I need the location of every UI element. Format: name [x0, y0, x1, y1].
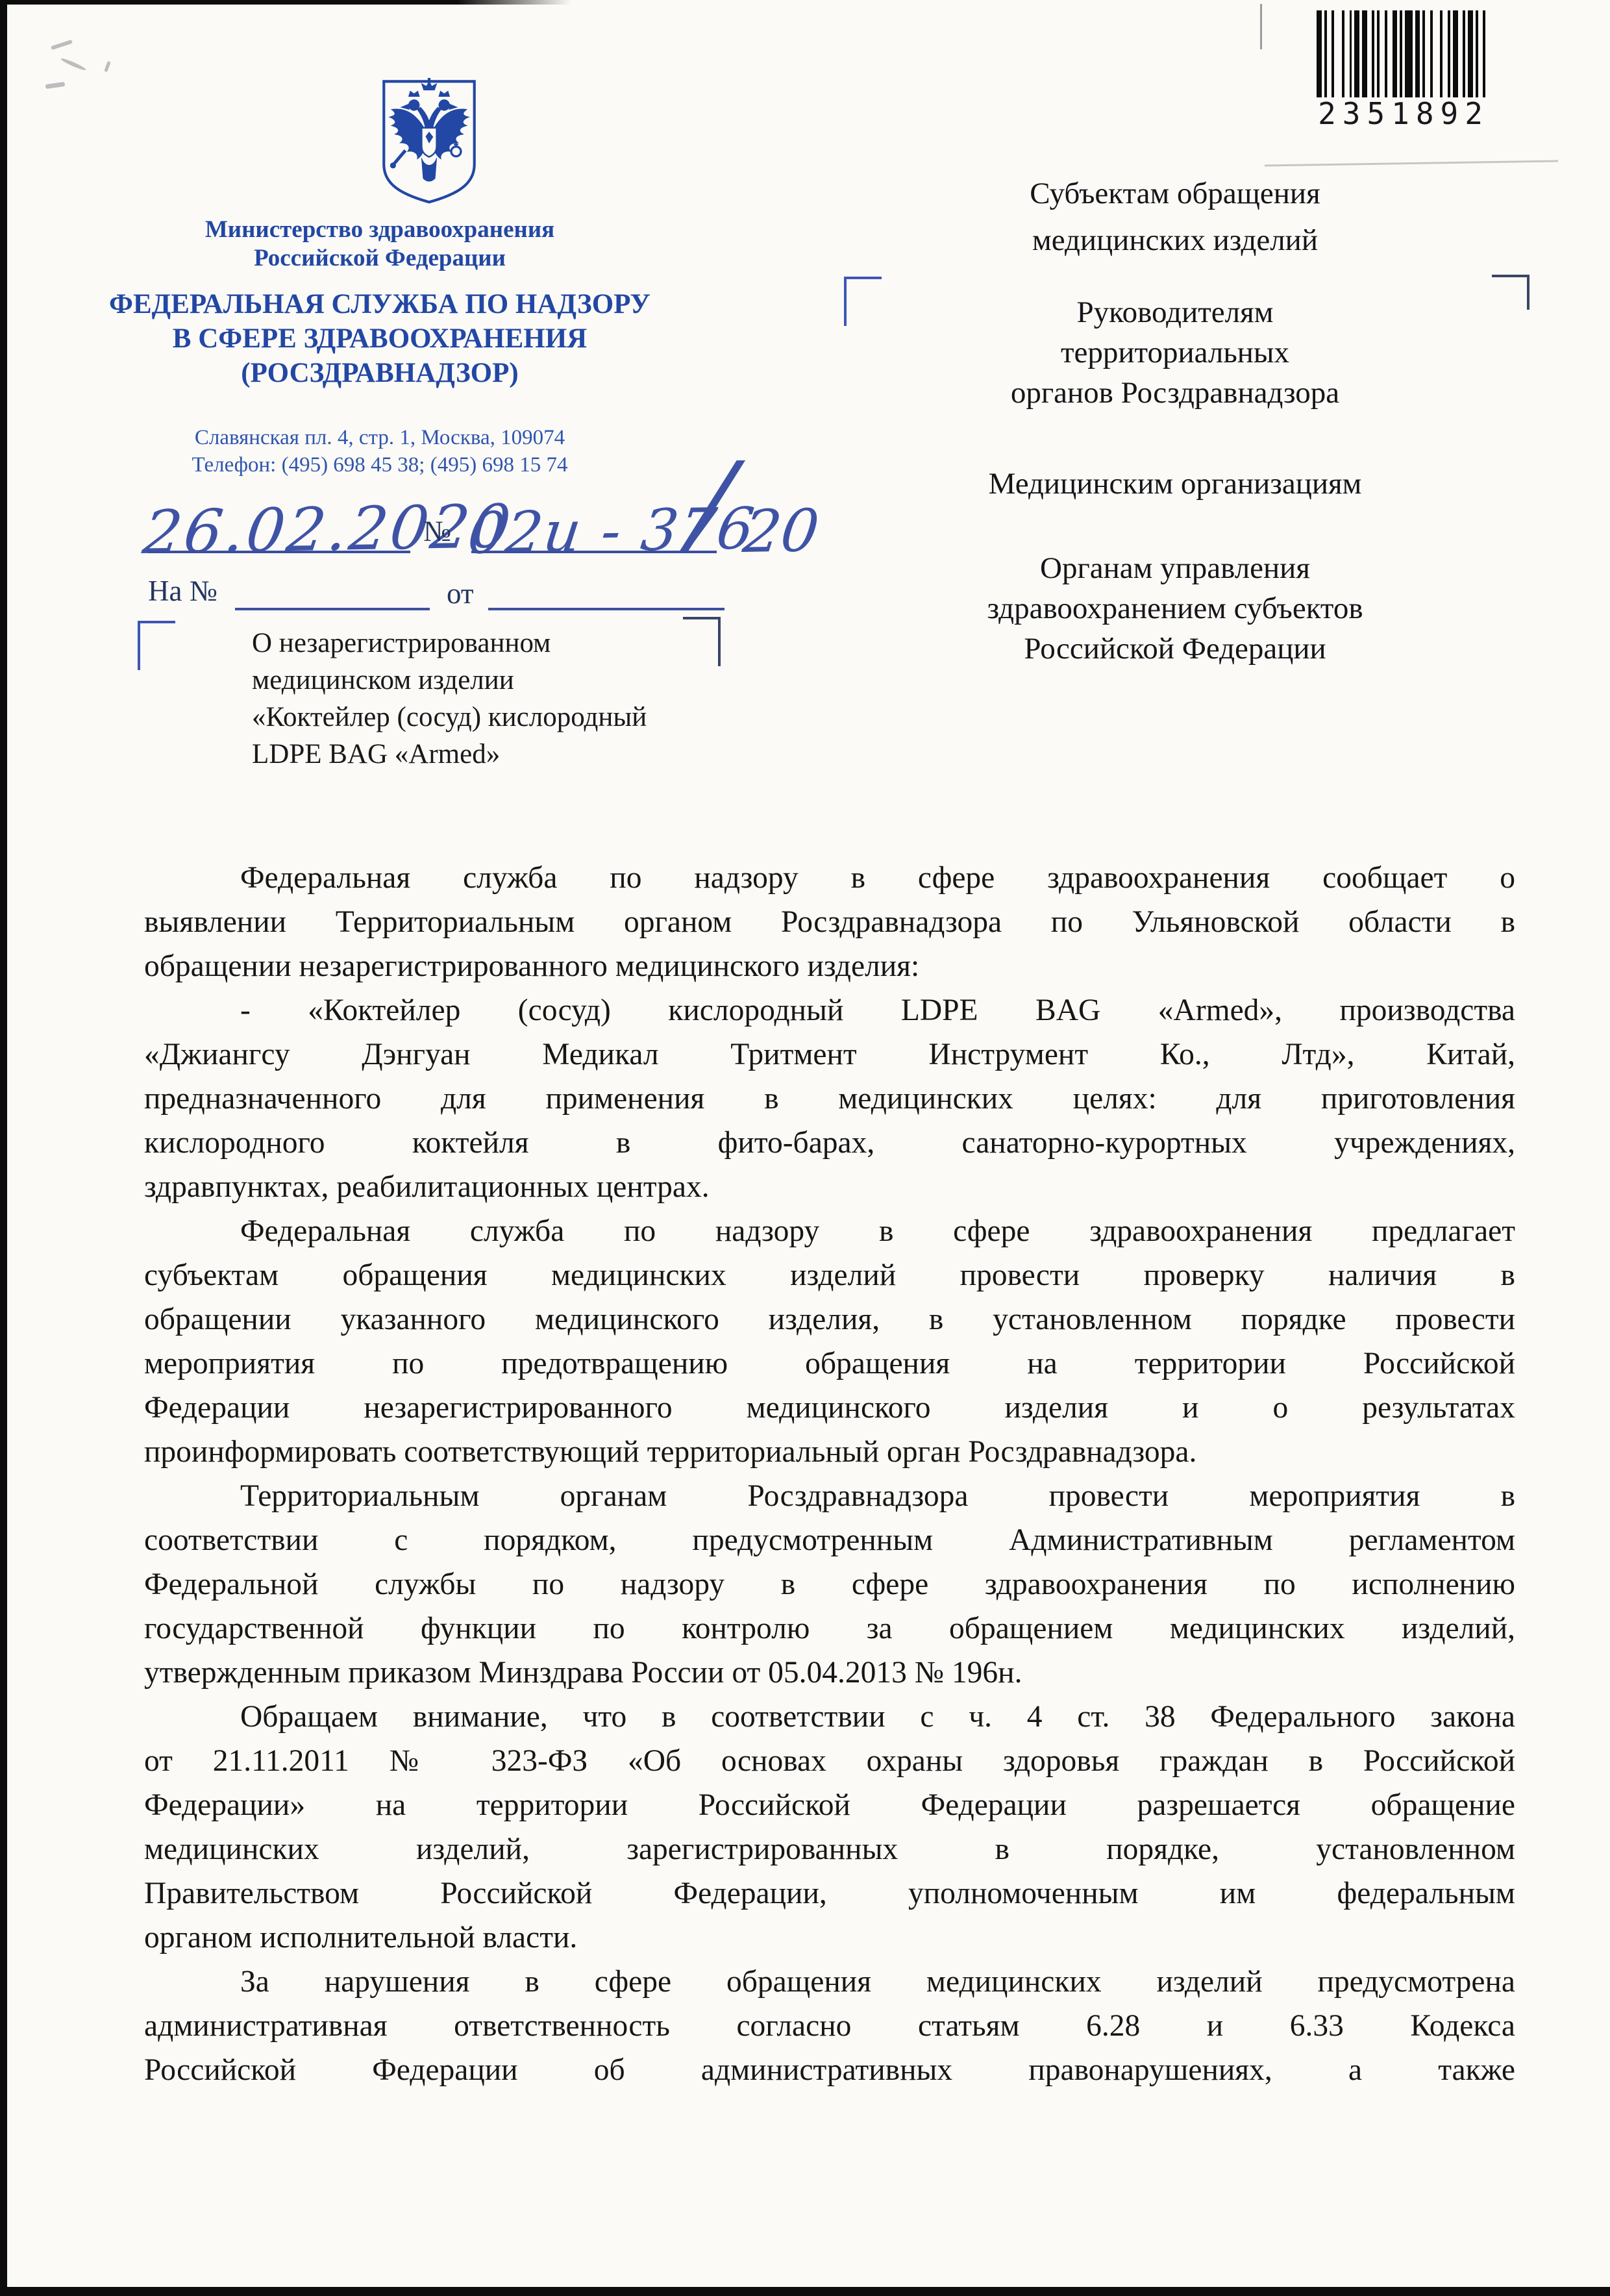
- subject-frame-bracket-left: [138, 621, 175, 670]
- scan-edge-top: [0, 0, 571, 5]
- barcode-bar: [1317, 10, 1322, 97]
- body-line: предназначенного для применения в медици…: [144, 1077, 1515, 1121]
- body-line: обращении указанного медицинского издели…: [144, 1297, 1515, 1341]
- barcode-gap: [1334, 10, 1342, 97]
- barcode-gap: [1380, 10, 1385, 97]
- barcode-gap: [1387, 10, 1393, 97]
- agency-name-line3: (РОСЗДРАВНАДЗОР): [94, 356, 665, 390]
- body-line: Федерации незарегистрированного медицинс…: [144, 1386, 1515, 1430]
- scan-edge-left: [0, 0, 7, 2296]
- body-line: выявлении Территориальным органом Росздр…: [144, 900, 1515, 944]
- body-line: от 21.11.2011 № 323-ФЗ «Об основах охран…: [144, 1739, 1515, 1783]
- barcode-gap: [1344, 10, 1350, 97]
- number-sign-label: №: [423, 514, 451, 548]
- body-line: За нарушения в сфере обращения медицинск…: [144, 1960, 1515, 2004]
- body-line: Федеральная служба по надзору в сфере зд…: [144, 856, 1515, 900]
- addressee-line: здравоохранением субъектов: [873, 588, 1477, 629]
- addressee-group-medical-orgs: Медицинским организациям: [873, 464, 1477, 504]
- barcode-gap: [1458, 10, 1463, 97]
- barcode-gap: [1425, 10, 1430, 97]
- body-line: проинформировать соответствующий террито…: [144, 1430, 1515, 1474]
- reply-number-underline: [235, 608, 430, 610]
- body-line: Федерации» на территории Российской Феде…: [144, 1783, 1515, 1827]
- body-line: Территориальным органам Росздравнадзора …: [144, 1474, 1515, 1518]
- agency-name-line1: ФЕДЕРАЛЬНАЯ СЛУЖБА ПО НАДЗОРУ: [94, 287, 665, 321]
- barcode-number: 2351892: [1297, 96, 1510, 131]
- scanned-letter-page: 2351892 Министерство здр: [0, 0, 1610, 2296]
- scan-artifact-line: [1260, 4, 1262, 49]
- body-line: мероприятия по предотвращению обращения …: [144, 1341, 1515, 1386]
- barcode-bar: [1468, 10, 1473, 97]
- body-line: медицинских изделий, зарегистрированных …: [144, 1827, 1515, 1871]
- barcode-bar: [1453, 10, 1458, 97]
- body-line: здравпунктах, реабилитационных центрах.: [144, 1165, 1515, 1209]
- reply-date-underline: [488, 608, 724, 610]
- address-frame-bracket-left: [844, 277, 882, 326]
- ink-speck: [104, 61, 111, 73]
- handwritten-date: 26.02.2020: [140, 492, 517, 568]
- agency-name-line2: В СФЕРЕ ЗДРАВООХРАНЕНИЯ: [94, 321, 665, 356]
- letter-subject: О незарегистрированноммедицинском издели…: [252, 625, 719, 773]
- body-line: утвержденным приказом Минздрава России о…: [144, 1651, 1515, 1695]
- agency-address: Славянская пл. 4, стр. 1, Москва, 109074: [94, 424, 665, 451]
- body-line: кислородного коктейля в фито-барах, сана…: [144, 1121, 1515, 1165]
- reply-number-label: На №: [148, 574, 217, 608]
- letter-body: Федеральная служба по надзору в сфере зд…: [144, 856, 1515, 2092]
- body-line: субъектам обращения медицинских изделий …: [144, 1253, 1515, 1297]
- body-line: государственной функции по контролю за о…: [144, 1606, 1515, 1651]
- body-line: органом исполнительной власти.: [144, 1915, 1515, 1960]
- pencil-mark: [45, 82, 66, 89]
- russian-coat-of-arms-icon: [375, 78, 483, 208]
- body-line: - «Коктейлер (сосуд) кислородный LDPE BA…: [144, 988, 1515, 1032]
- body-line: административная ответственность согласн…: [144, 2004, 1515, 2048]
- barcode-bar: [1405, 10, 1413, 97]
- body-line: обращении незарегистрированного медицинс…: [144, 944, 1515, 988]
- addressee-line: Российской Федерации: [873, 629, 1477, 669]
- barcode-bar: [1415, 10, 1420, 97]
- barcode-bars: [1317, 10, 1491, 97]
- addressee-group-subjects: Субъектам обращениямедицинских изделий: [873, 170, 1477, 264]
- addressee-line: Субъектам обращения: [873, 170, 1477, 217]
- barcode-bar: [1393, 10, 1398, 97]
- address-frame-bracket-right: [1492, 275, 1529, 310]
- reply-from-label: от: [447, 577, 474, 610]
- addressee-line: Руководителям: [873, 292, 1477, 332]
- pencil-mark: [60, 57, 87, 72]
- body-line: Федеральной службы по надзору в сфере зд…: [144, 1562, 1515, 1606]
- ministry-name-line1: Министерство здравоохранения: [94, 216, 665, 244]
- pencil-mark: [51, 40, 73, 50]
- letterhead: Министерство здравоохранения Российской …: [94, 216, 665, 479]
- body-line: «Джиангсу Дэнгуан Медикал Тритмент Инстр…: [144, 1032, 1515, 1077]
- body-line: соответствии с порядком, предусмотренным…: [144, 1518, 1515, 1562]
- barcode-gap: [1367, 10, 1372, 97]
- barcode-gap: [1433, 10, 1441, 97]
- handwritten-number-suffix: 20: [739, 497, 823, 566]
- body-line: Федеральная служба по надзору в сфере зд…: [144, 1209, 1515, 1253]
- number-underline: [471, 551, 717, 553]
- subject-line: LDPE BAG «Armed»: [252, 736, 719, 773]
- agency-phone: Телефон: (495) 698 45 38; (495) 698 15 7…: [94, 451, 665, 479]
- addressee-line: территориальных: [873, 332, 1477, 373]
- barcode-gap: [1327, 10, 1332, 97]
- addressee-line: медицинских изделий: [873, 217, 1477, 264]
- addressee-line: органов Росздравнадзора: [873, 373, 1477, 413]
- barcode-bar: [1362, 10, 1367, 97]
- addressee-group-heads: Руководителямтерриториальныхорганов Росз…: [873, 292, 1477, 413]
- scan-artifact-line: [1265, 160, 1558, 166]
- body-line: Обращаем внимание, что в соответствии с …: [144, 1695, 1515, 1739]
- subject-line: «Коктейлер (сосуд) кислородный: [252, 699, 719, 736]
- barcode-gap: [1443, 10, 1448, 97]
- date-underline: [148, 551, 410, 553]
- body-line: Правительством Российской Федерации, упо…: [144, 1871, 1515, 1915]
- subject-line: медицинском изделии: [252, 662, 719, 699]
- body-line: Российской Федерации об административных…: [144, 2048, 1515, 2092]
- addressee-line: Медицинским организациям: [873, 464, 1477, 504]
- barcode-gap: [1478, 10, 1483, 97]
- barcode-bar: [1354, 10, 1359, 97]
- ministry-name-line2: Российской Федерации: [94, 244, 665, 273]
- scan-edge-bottom: [0, 2287, 1610, 2296]
- barcode-gap: [1485, 10, 1491, 97]
- addressee-line: Органам управления: [873, 548, 1477, 588]
- addressee-group-health-authorities: Органам управленияздравоохранением субъе…: [873, 548, 1477, 669]
- subject-line: О незарегистрированном: [252, 625, 719, 662]
